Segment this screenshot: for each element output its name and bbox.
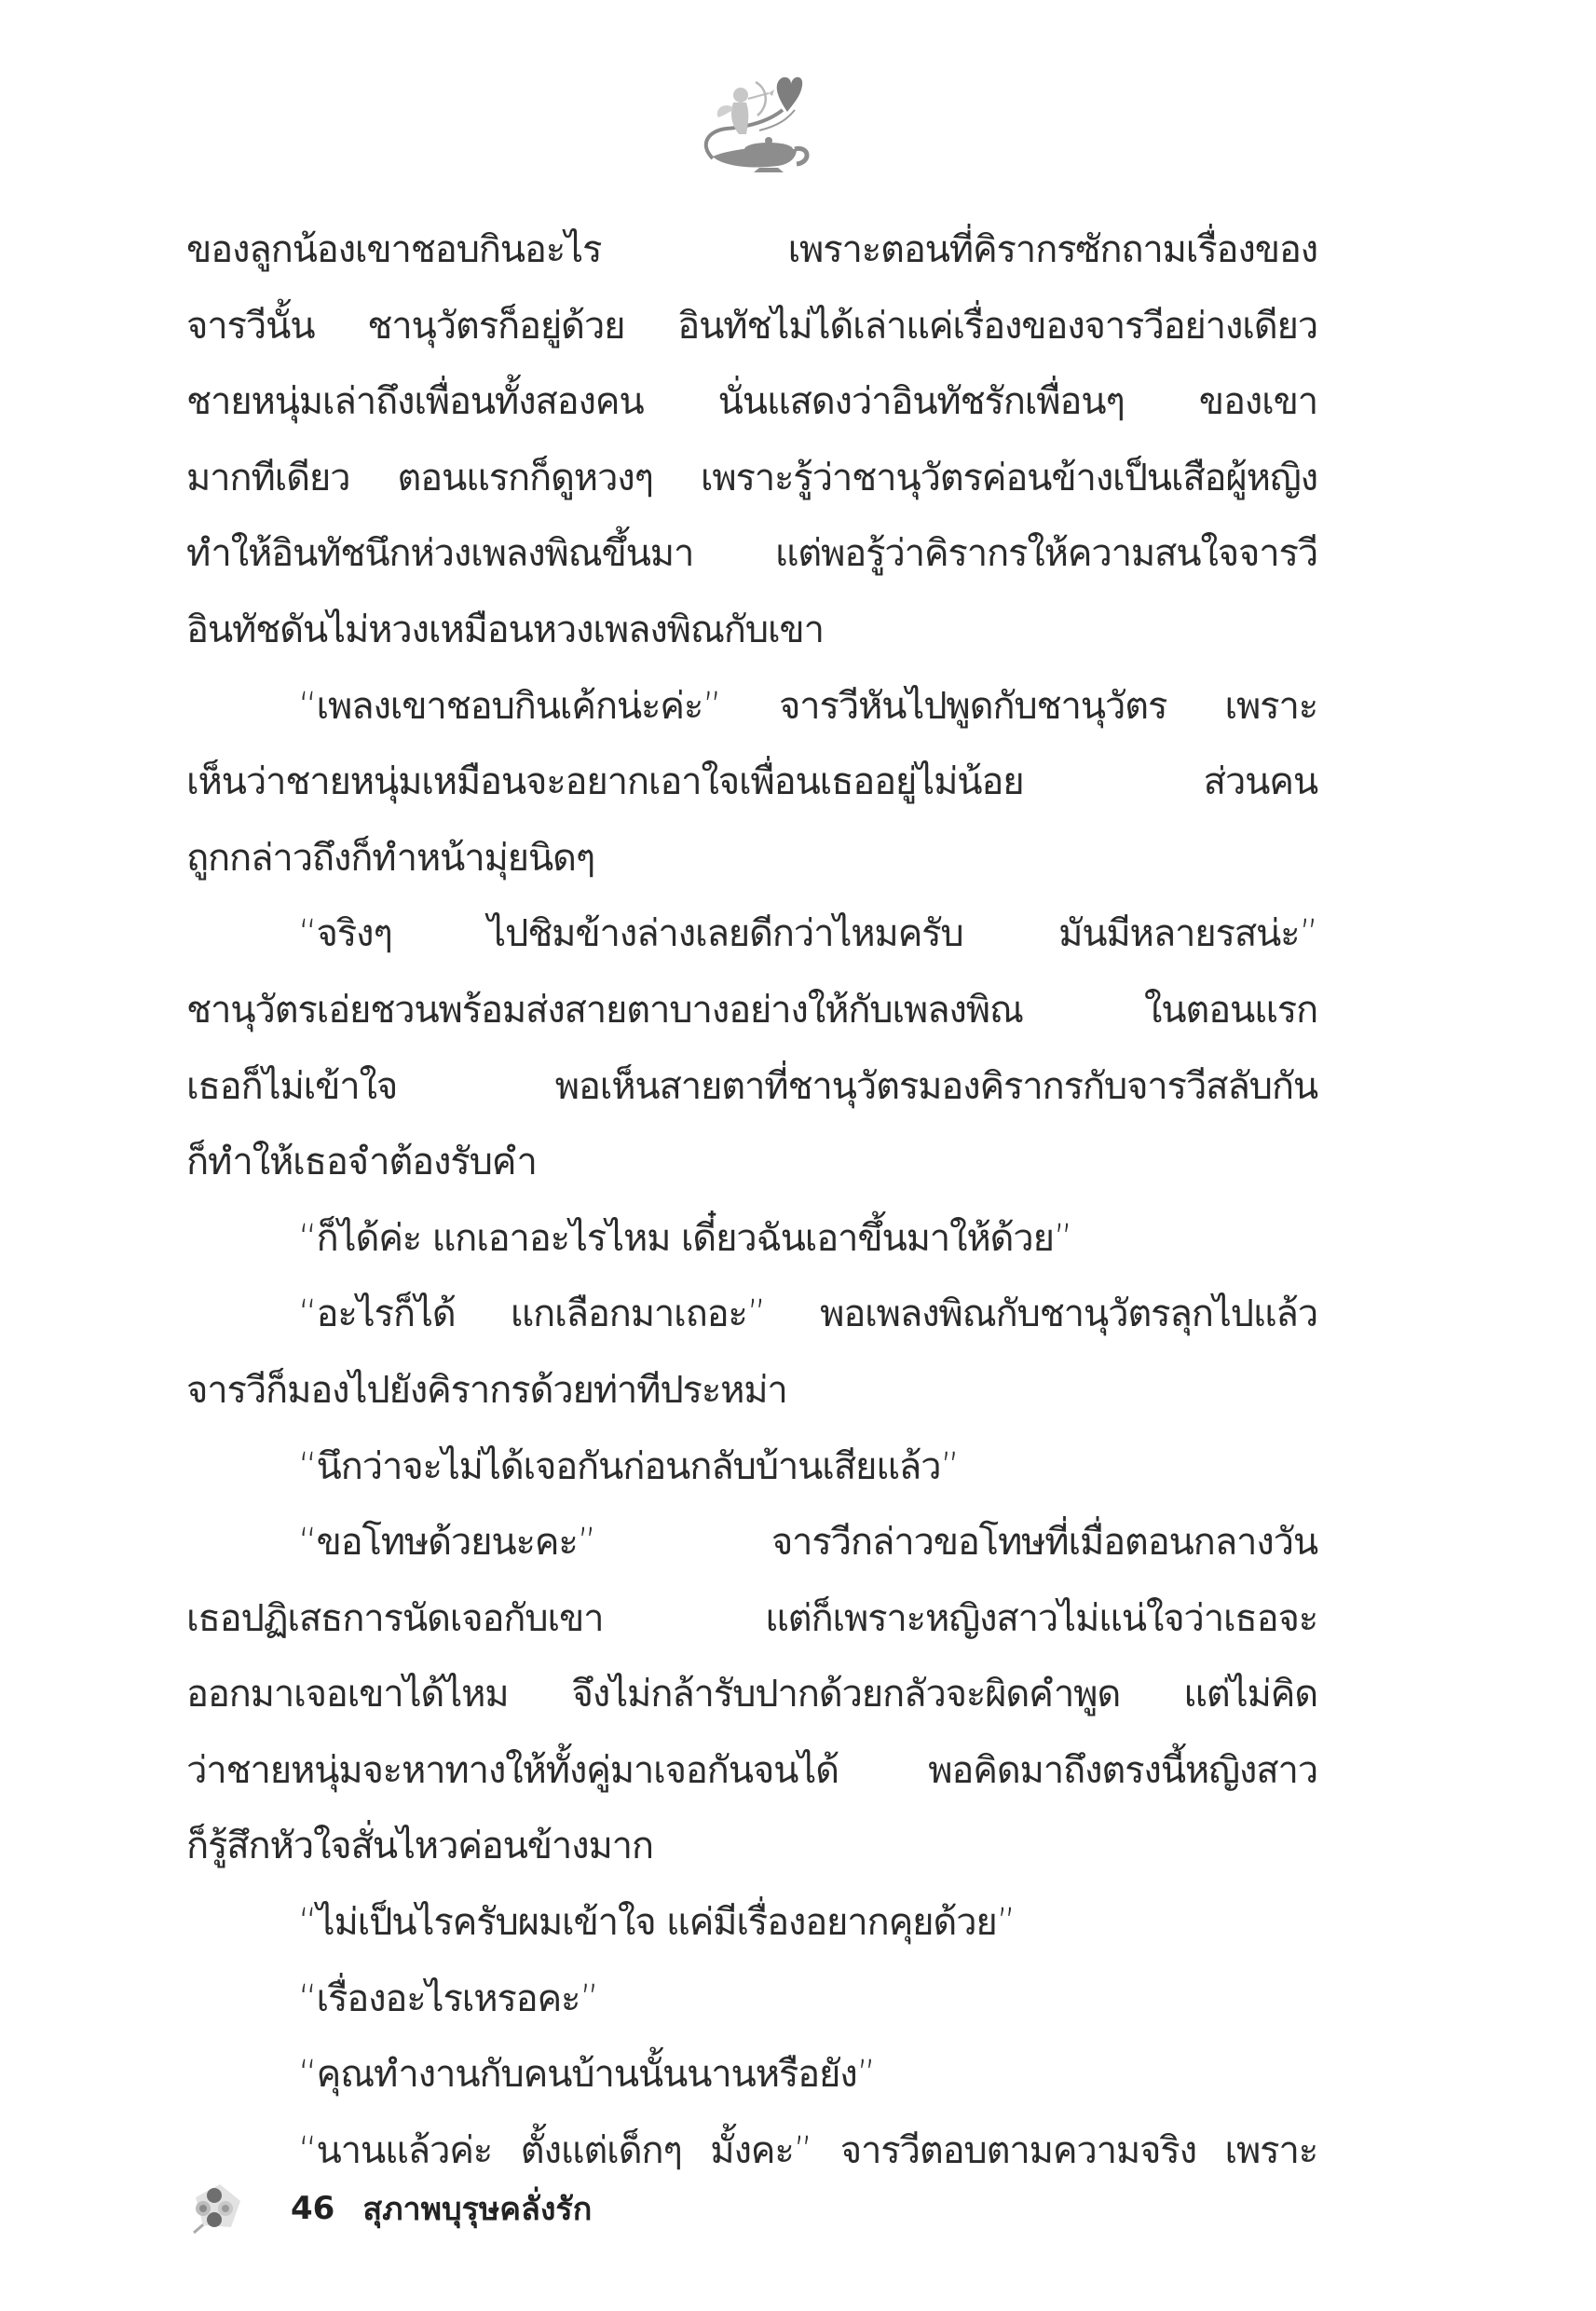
text-line: เห็นว่าชายหนุ่มเหมือนจะอยากเอาใจเพื่อนเธ… [186,745,1317,821]
body-text: ของลูกน้องเขาชอบกินอะไร เพราะตอนที่คิราก… [186,212,1317,2189]
text-line: “ขอโทษด้วยนะคะ” จารวีกล่าวขอโทษที่เมื่อต… [186,1505,1317,1581]
text-line: อินทัชดันไม่หวงเหมือนหวงเพลงพิณกับเขา [186,593,1317,669]
text-line: ทำให้อินทัชนึกห่วงเพลงพิณขึ้นมา แต่พอรู้… [186,516,1317,593]
text-line: “คุณทำงานกับคนบ้านนั้นนานหรือยัง” [186,2037,1317,2113]
text-line: ก็ทำให้เธอจำต้องรับคำ [186,1125,1317,1201]
text-line: เธอก็ไม่เข้าใจ พอเห็นสายตาที่ชานุวัตรมอง… [186,1049,1317,1126]
text-line: ก็รู้สึกหัวใจสั่นไหวค่อนข้างมาก [186,1809,1317,1885]
text-line: เธอปฏิเสธการนัดเจอกับเขา แต่ก็เพราะหญิงส… [186,1581,1317,1658]
text-line: ของลูกน้องเขาชอบกินอะไร เพราะตอนที่คิราก… [186,212,1317,289]
flower-bouquet-icon [186,2179,246,2238]
text-line: มากทีเดียว ตอนแรกก็ดูหวงๆ เพราะรู้ว่าชาน… [186,441,1317,517]
text-line: “จริงๆ ไปชิมข้างล่างเลยดีกว่าไหมครับ มัน… [186,896,1317,973]
text-line: “เพลงเขาชอบกินเค้กน่ะค่ะ” จารวีหันไปพูดก… [186,669,1317,745]
text-line: “เรื่องอะไรเหรอคะ” [186,1962,1317,2038]
text-line: จารวีก็มองไปยังคิรากรด้วยท่าทีประหม่า [186,1353,1317,1429]
text-line: “อะไรก็ได้ แกเลือกมาเถอะ” พอเพลงพิณกับชา… [186,1277,1317,1353]
cupid-on-magic-lamp-icon [694,56,815,172]
text-line: ว่าชายหนุ่มจะหาทางให้ทั้งคู่มาเจอกันจนได… [186,1733,1317,1810]
text-line: จารวีนั้น ชานุวัตรก็อยู่ด้วย อินทัชไม่ได… [186,289,1317,365]
text-line: ถูกกล่าวถึงก็ทำหน้ามุ่ยนิดๆ [186,821,1317,897]
text-line: “ไม่เป็นไรครับผมเข้าใจ แค่มีเรื่องอยากคุ… [186,1885,1317,1962]
text-line: “ก็ได้ค่ะ แกเอาอะไรไหม เดี๋ยวฉันเอาขึ้นม… [186,1201,1317,1278]
book-title: สุภาพบุรุษคลั่งรัก [362,2183,592,2234]
text-line: “นึกว่าจะไม่ได้เจอกันก่อนกลับบ้านเสียแล้… [186,1429,1317,1506]
text-line: ออกมาเจอเขาได้ไหม จึงไม่กล้ารับปากด้วยกล… [186,1657,1317,1733]
page-number: 46 [291,2190,334,2227]
text-line: ชานุวัตรเอ่ยชวนพร้อมส่งสายตาบางอย่างให้ก… [186,973,1317,1049]
page-footer: 46 สุภาพบุรุษคลั่งรัก [186,2171,592,2246]
text-line: ชายหนุ่มเล่าถึงเพื่อนทั้งสองคน นั่นแสดงว… [186,364,1317,441]
